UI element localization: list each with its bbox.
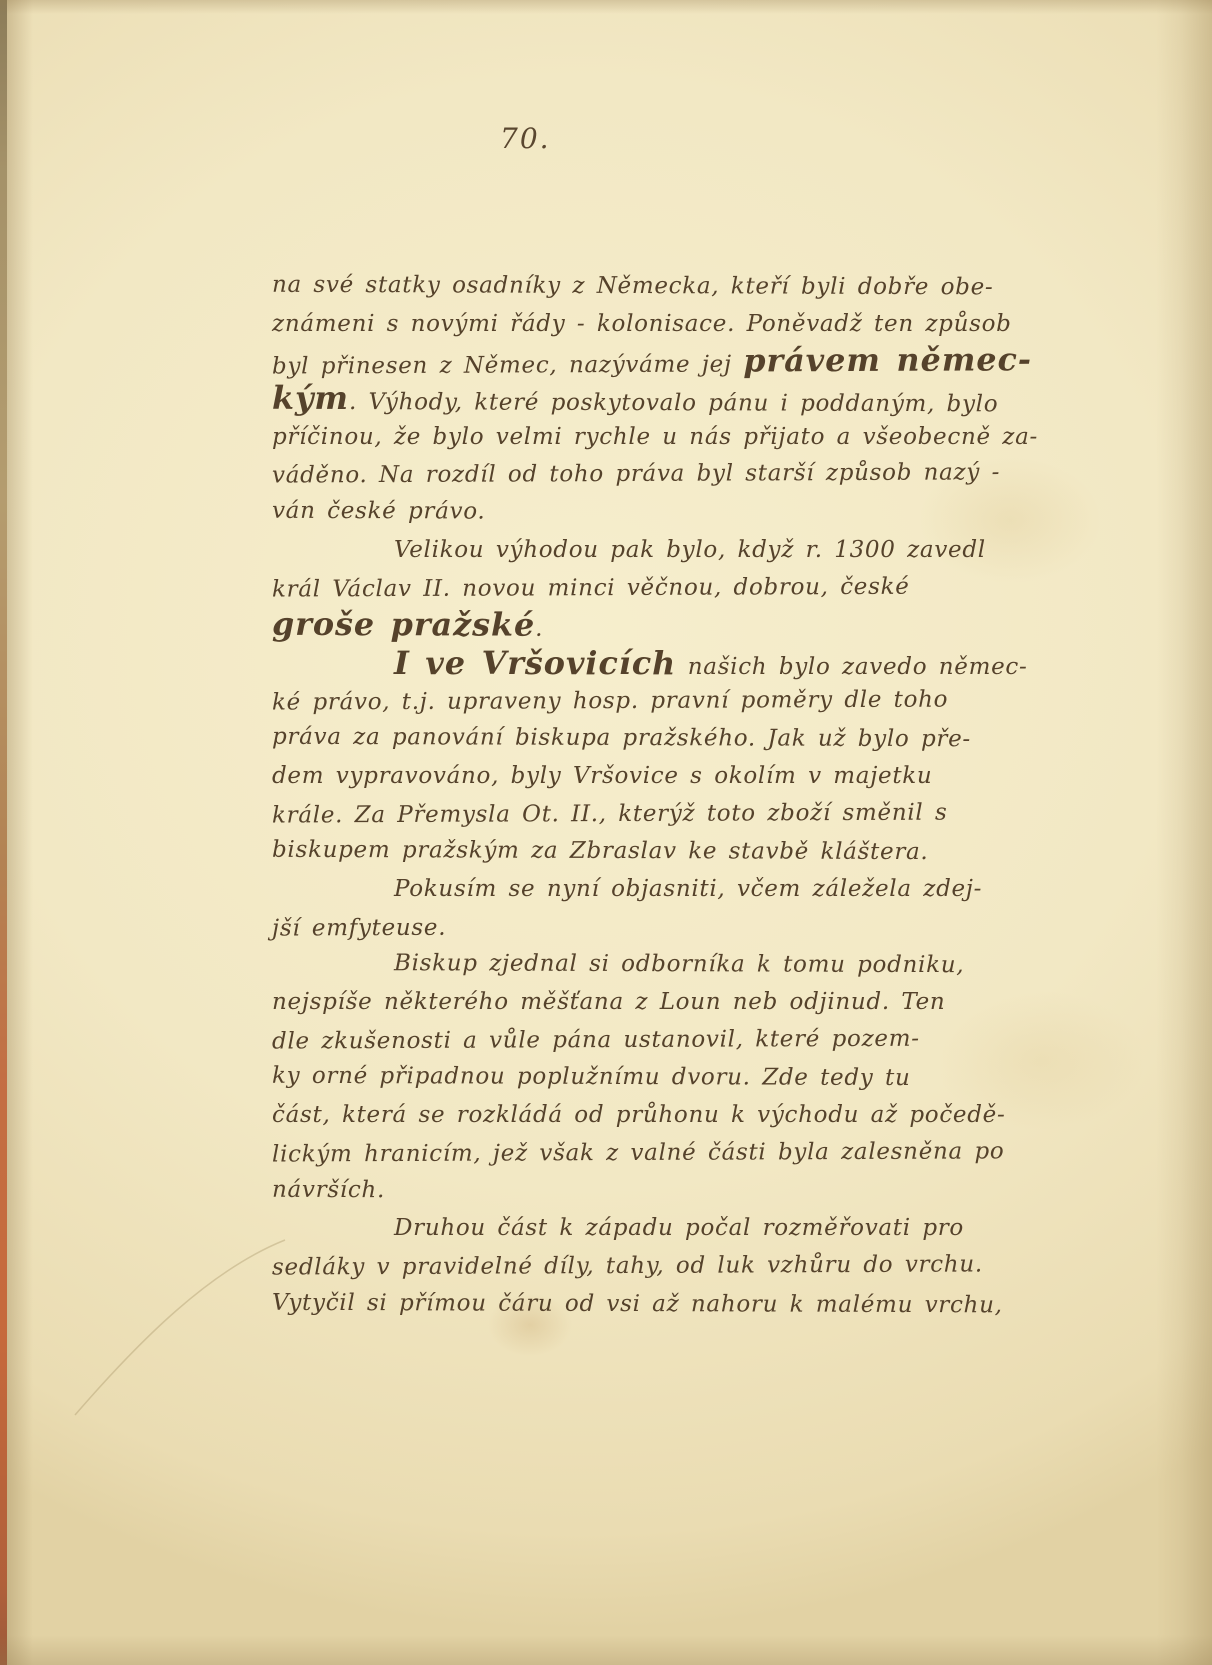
handwritten-line: Druhou část k západu počal rozměřovati p… [272, 1210, 972, 1248]
handwritten-line: příčinou, že bylo velmi rychle u nás při… [272, 419, 972, 457]
handwritten-line: biskupem pražským za Zbraslav ke stavbě … [272, 832, 972, 872]
text-segment: ky orné připadnou poplužnímu dvoru. Zde … [272, 1063, 911, 1091]
text-segment: známeni s novými řády - kolonisace. Poně… [272, 311, 1012, 337]
handwritten-line: jší emfyteuse. [272, 907, 972, 948]
text-segment: návrších. [272, 1176, 385, 1202]
handwritten-line: váděno. Na rozdíl od toho práva byl star… [272, 455, 972, 496]
page-top-edge-shadow [0, 0, 1212, 14]
text-segment: dle zkušenosti a vůle pána ustanovil, kt… [272, 1025, 920, 1054]
handwritten-line: byl přinesen z Němec, nazýváme jej práve… [272, 342, 972, 383]
text-segment: nejspíše některého měšťana z Loun neb od… [272, 989, 945, 1015]
text-segment: lickým hranicím, jež však z valné části … [272, 1138, 1005, 1167]
emphasized-text: právem němec- [743, 342, 1032, 380]
handwritten-line: návrších. [272, 1171, 972, 1211]
text-segment: . [535, 616, 543, 642]
text-segment: Biskup zjednal si odborníka k tomu podni… [394, 951, 964, 979]
text-segment: jší emfyteuse. [272, 914, 446, 941]
handwritten-line: na své statky osadníky z Německa, kteří … [272, 267, 972, 307]
handwritten-line: práva za panování biskupa pražského. Jak… [272, 719, 972, 759]
handwritten-line: lickým hranicím, jež však z valné části … [272, 1133, 972, 1174]
text-segment: sedláky v pravidelné díly, tahy, od luk … [272, 1251, 983, 1280]
page-number: 70. [500, 122, 551, 155]
handwritten-line: ky orné připadnou poplužnímu dvoru. Zde … [272, 1058, 972, 1098]
handwritten-line: kým. Výhody, které poskytovalo pánu i po… [272, 380, 972, 420]
emphasized-text: I ve Vršovicích [394, 645, 676, 682]
manuscript-page: 70. na své statky osadníky z Německa, kt… [0, 0, 1212, 1665]
text-segment: Velikou výhodou pak bylo, když r. 1300 z… [394, 537, 986, 563]
handwritten-line: známeni s novými řády - kolonisace. Poně… [272, 306, 972, 344]
handwritten-line: dem vypravováno, byly Vršovice s okolím … [272, 758, 972, 796]
text-segment: dem vypravováno, byly Vršovice s okolím … [272, 763, 932, 789]
handwritten-line: dle zkušenosti a vůle pána ustanovil, kt… [272, 1020, 972, 1061]
handwritten-line: ké právo, t.j. upraveny hosp. pravní pom… [272, 681, 972, 722]
page-bottom-edge-shadow [0, 1635, 1212, 1665]
emphasized-text: kým [272, 380, 349, 417]
text-segment: část, která se rozkládá od průhonu k výc… [272, 1102, 1005, 1128]
text-segment: král Václav II. novou minci věčnou, dobr… [272, 573, 910, 602]
text-segment: byl přinesen z Němec, nazýváme jej [272, 352, 743, 380]
emphasized-text: groše pražské [272, 606, 535, 644]
handwritten-line: sedláky v pravidelné díly, tahy, od luk … [272, 1246, 972, 1287]
handwritten-line: Biskup zjednal si odborníka k tomu podni… [272, 945, 972, 985]
handwritten-line: Velikou výhodou pak bylo, když r. 1300 z… [272, 532, 972, 570]
text-segment: práva za panování biskupa pražského. Jak… [272, 724, 971, 752]
text-segment: Druhou část k západu počal rozměřovati p… [394, 1215, 964, 1241]
text-segment: Pokusím se nyní objasniti, včem záležela… [394, 876, 982, 902]
text-segment: příčinou, že bylo velmi rychle u nás při… [272, 424, 1038, 450]
handwritten-line: krále. Za Přemysla Ot. II., kterýž toto … [272, 794, 972, 835]
handwritten-line: ván české právo. [272, 493, 972, 533]
text-segment: biskupem pražským za Zbraslav ke stavbě … [272, 837, 929, 865]
text-segment: Vytyčil si přímou čáru od vsi až nahoru … [272, 1289, 1003, 1318]
handwritten-line: část, která se rozkládá od průhonu k výc… [272, 1097, 972, 1135]
handwritten-line: I ve Vršovicích našich bylo zavedo němec… [272, 645, 972, 683]
text-segment: našich bylo zavedo němec- [676, 654, 1027, 680]
text-segment: krále. Za Přemysla Ot. II., kterýž toto … [272, 799, 948, 828]
handwritten-line: král Václav II. novou minci věčnou, dobr… [272, 568, 972, 609]
text-segment: váděno. Na rozdíl od toho práva byl star… [272, 460, 1000, 489]
handwritten-line: nejspíše některého měšťana z Loun neb od… [272, 984, 972, 1022]
handwritten-line: groše pražské. [272, 606, 972, 646]
page-left-edge [0, 0, 7, 1665]
text-segment: ké právo, t.j. upraveny hosp. pravní pom… [272, 686, 948, 715]
text-block: na své statky osadníky z Německa, kteří … [272, 268, 972, 1323]
page-left-edge-shadow [7, 0, 33, 1665]
page-right-edge-shadow [1156, 0, 1212, 1665]
text-segment: na své statky osadníky z Německa, kteří … [272, 272, 993, 301]
text-segment: . Výhody, které poskytovalo pánu i podda… [349, 389, 998, 417]
handwritten-line: Vytyčil si přímou čáru od vsi až nahoru … [272, 1284, 972, 1324]
text-segment: ván české právo. [272, 498, 485, 525]
handwritten-line: Pokusím se nyní objasniti, včem záležela… [272, 871, 972, 909]
